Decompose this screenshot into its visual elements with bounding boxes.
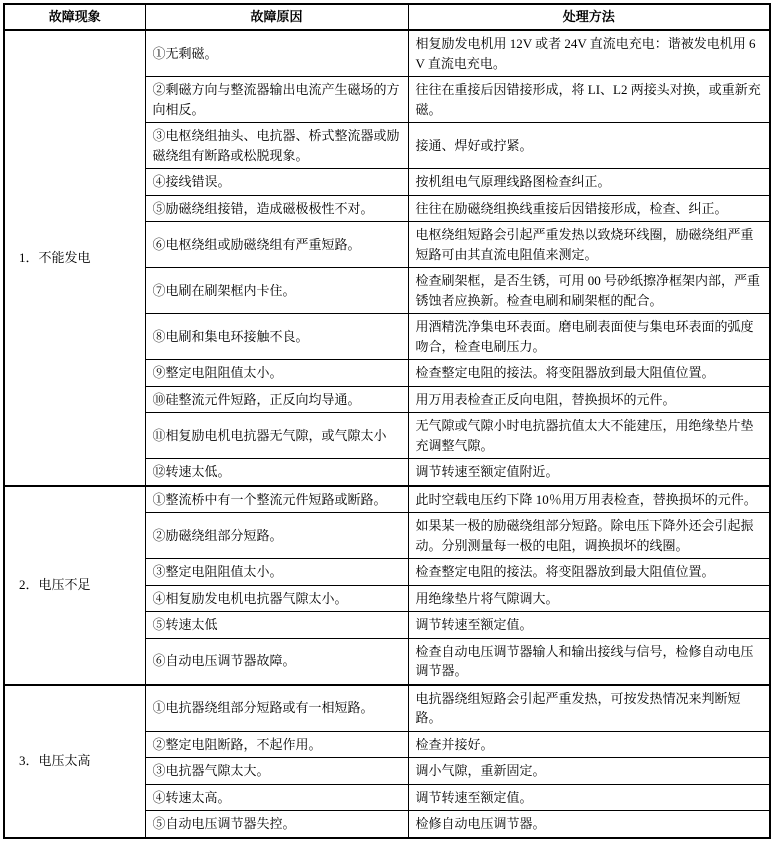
cause-cell: ③整定电阻阻值太小。 bbox=[145, 559, 408, 586]
cause-cell: ⑥电枢绕组或励磁绕组有严重短路。 bbox=[145, 222, 408, 268]
remedy-cell: 用绝缘垫片将气隙调大。 bbox=[408, 585, 770, 612]
fault-table: 故障现象 故障原因 处理方法 1．不能发电①无剩磁。相复励发电机用 12V 或者… bbox=[3, 3, 771, 839]
remedy-cell: 调节转速至额定值附近。 bbox=[408, 459, 770, 486]
cause-cell: ⑤转速太低 bbox=[145, 612, 408, 639]
cause-cell: ①无剩磁。 bbox=[145, 30, 408, 77]
remedy-cell: 如果某一极的励磁绕组部分短路。除电压下降外还会引起振动。分别测量每一极的电阻，调… bbox=[408, 513, 770, 559]
cause-cell: ②整定电阻断路，不起作用。 bbox=[145, 731, 408, 758]
remedy-cell: 调节转速至额定值。 bbox=[408, 612, 770, 639]
cause-cell: ②剩磁方向与整流器输出电流产生磁场的方向相反。 bbox=[145, 77, 408, 123]
cause-cell: ④相复励发电机电抗器气隙太小。 bbox=[145, 585, 408, 612]
remedy-cell: 调小气隙，重新固定。 bbox=[408, 758, 770, 785]
header-fault-phenomenon: 故障现象 bbox=[4, 4, 145, 30]
remedy-cell: 检查并接好。 bbox=[408, 731, 770, 758]
table-row: 1．不能发电①无剩磁。相复励发电机用 12V 或者 24V 直流电充电：谐被发电… bbox=[4, 30, 770, 77]
cause-cell: ⑥自动电压调节器故障。 bbox=[145, 638, 408, 685]
remedy-cell: 调节转速至额定值。 bbox=[408, 784, 770, 811]
remedy-cell: 按机组电气原理线路图检查纠正。 bbox=[408, 169, 770, 196]
table-row: 3．电压太高①电抗器绕组部分短路或有一相短路。电抗器绕组短路会引起严重发热，可按… bbox=[4, 685, 770, 732]
remedy-cell: 检查刷架框，是否生锈，可用 00 号砂纸擦净框架内部，严重锈蚀者应换新。检查电刷… bbox=[408, 268, 770, 314]
cause-cell: ⑤自动电压调节器失控。 bbox=[145, 811, 408, 838]
remedy-cell: 检查整定电阻的接法。将变阻器放到最大阻值位置。 bbox=[408, 360, 770, 387]
cause-cell: ③电枢绕组抽头、电抗器、桥式整流器或励磁绕组有断路或松脱现象。 bbox=[145, 123, 408, 169]
remedy-cell: 此时空载电压约下降 10％用万用表检查，替换损坏的元件。 bbox=[408, 486, 770, 513]
cause-cell: ④转速太高。 bbox=[145, 784, 408, 811]
remedy-cell: 相复励发电机用 12V 或者 24V 直流电充电：谐被发电机用 6V 直流电充电… bbox=[408, 30, 770, 77]
remedy-cell: 检修自动电压调节器。 bbox=[408, 811, 770, 838]
cause-cell: ③电抗器气隙太大。 bbox=[145, 758, 408, 785]
remedy-cell: 往往在重接后因错接形成，将 LI、L2 两接头对换，或重新充磁。 bbox=[408, 77, 770, 123]
phenomenon-cell: 2．电压不足 bbox=[4, 486, 145, 685]
header-fault-cause: 故障原因 bbox=[145, 4, 408, 30]
header-treatment-method: 处理方法 bbox=[408, 4, 770, 30]
cause-cell: ⑩硅整流元件短路，正反向均导通。 bbox=[145, 386, 408, 413]
cause-cell: ⑪相复励电机电抗器无气隙，或气隙太小 bbox=[145, 413, 408, 459]
table-row: 2．电压不足①整流桥中有一个整流元件短路或断路。此时空载电压约下降 10％用万用… bbox=[4, 486, 770, 513]
phenomenon-cell: 1．不能发电 bbox=[4, 30, 145, 486]
header-row: 故障现象 故障原因 处理方法 bbox=[4, 4, 770, 30]
cause-cell: ⑤励磁绕组接错，造成磁极极性不对。 bbox=[145, 195, 408, 222]
remedy-cell: 往往在励磁绕组换线重接后因错接形成，检查、纠正。 bbox=[408, 195, 770, 222]
cause-cell: ①整流桥中有一个整流元件短路或断路。 bbox=[145, 486, 408, 513]
remedy-cell: 接通、焊好或拧紧。 bbox=[408, 123, 770, 169]
remedy-cell: 用酒精洗净集电环表面。磨电刷表面使与集电环表面的弧度吻合，检查电刷压力。 bbox=[408, 314, 770, 360]
fault-table-container: 故障现象 故障原因 处理方法 1．不能发电①无剩磁。相复励发电机用 12V 或者… bbox=[0, 0, 773, 842]
remedy-cell: 用万用表检查正反向电阻，替换损坏的元件。 bbox=[408, 386, 770, 413]
cause-cell: ⑨整定电阻阻值太小。 bbox=[145, 360, 408, 387]
remedy-cell: 检查自动电压调节器输人和输出接线与信号，检修自动电压调节器。 bbox=[408, 638, 770, 685]
cause-cell: ②励磁绕组部分短路。 bbox=[145, 513, 408, 559]
cause-cell: ⑧电刷和集电环接触不良。 bbox=[145, 314, 408, 360]
cause-cell: ①电抗器绕组部分短路或有一相短路。 bbox=[145, 685, 408, 732]
remedy-cell: 无气隙或气隙小时电抗器抗值太大不能建压，用绝缘垫片垫充调整气隙。 bbox=[408, 413, 770, 459]
fault-table-body: 1．不能发电①无剩磁。相复励发电机用 12V 或者 24V 直流电充电：谐被发电… bbox=[4, 30, 770, 838]
cause-cell: ⑦电刷在刷架框内卡住。 bbox=[145, 268, 408, 314]
cause-cell: ⑫转速太低。 bbox=[145, 459, 408, 486]
phenomenon-cell: 3．电压太高 bbox=[4, 685, 145, 838]
cause-cell: ④接线错误。 bbox=[145, 169, 408, 196]
remedy-cell: 电抗器绕组短路会引起严重发热，可按发热情况来判断短路。 bbox=[408, 685, 770, 732]
remedy-cell: 检查整定电阻的接法。将变阻器放到最大阻值位置。 bbox=[408, 559, 770, 586]
remedy-cell: 电枢绕组短路会引起严重发热以致烧环线圈，励磁绕组严重短路可由其直流电阻值来测定。 bbox=[408, 222, 770, 268]
